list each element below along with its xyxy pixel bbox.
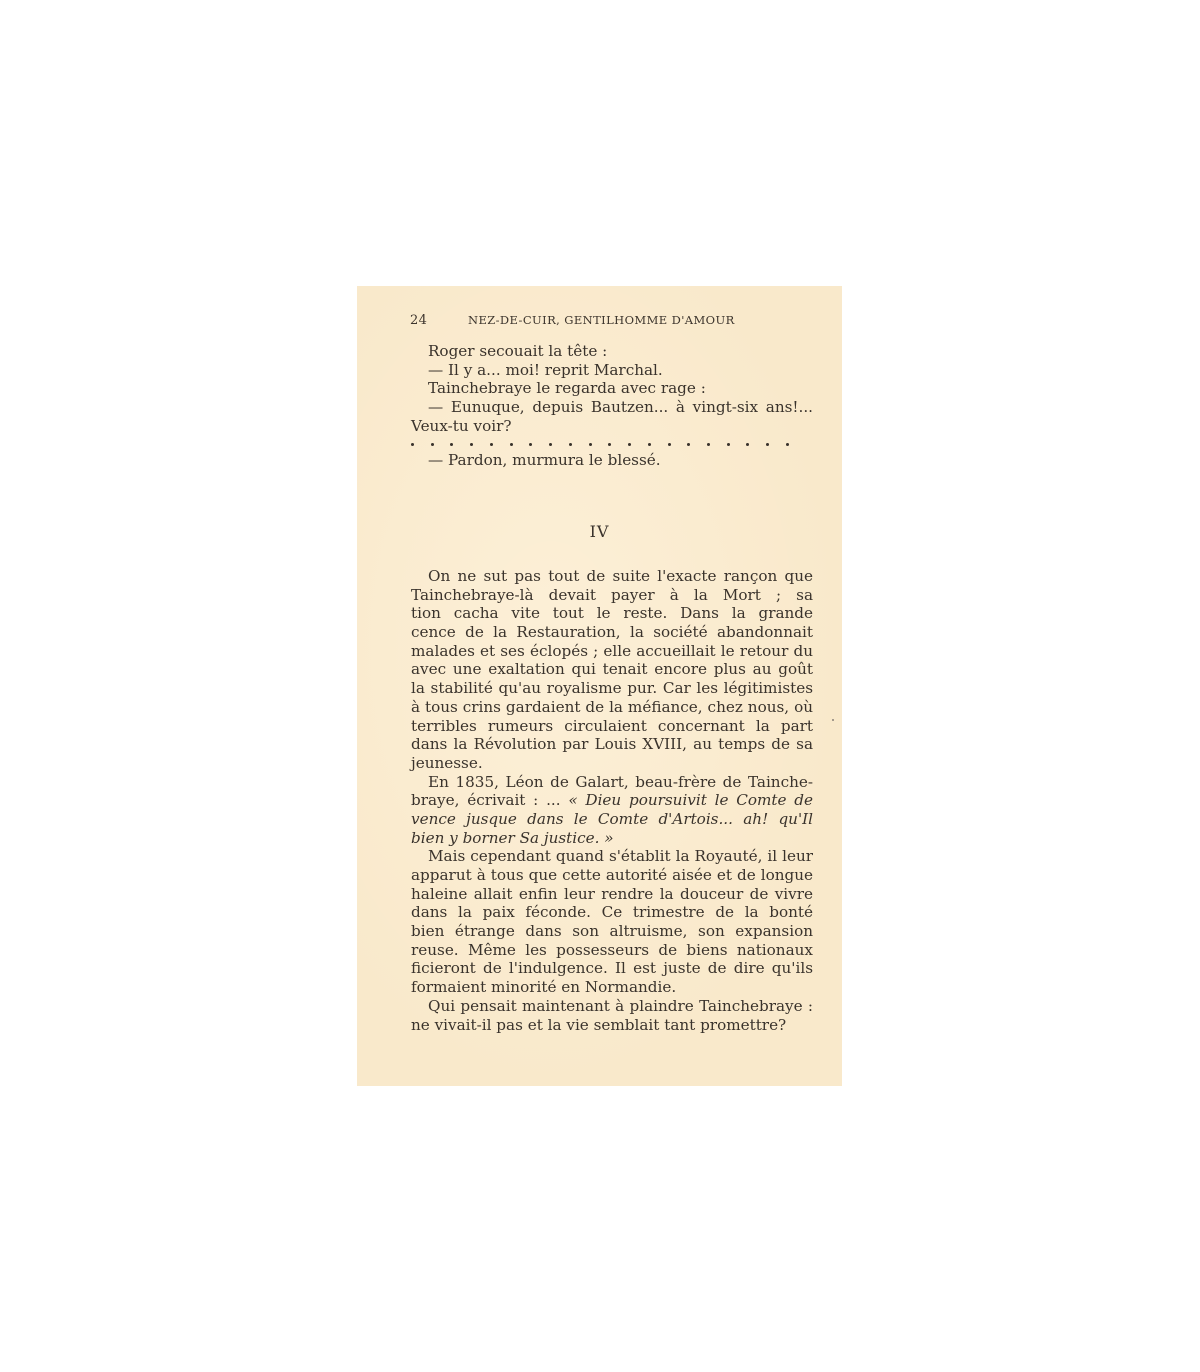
paragraph-2: En 1835, Léon de Galart, beau-frère de T…: [411, 773, 813, 848]
chapter-body: On ne sut pas tout de suite l'exacte ran…: [411, 567, 813, 1034]
running-head: 24NEZ-DE-CUIR, GENTILHOMME D'AMOUR: [410, 313, 810, 328]
paragraph-line: ficieront de l'indulgence. Il est juste …: [411, 959, 813, 978]
paragraph-line: la stabilité qu'au royalisme pur. Car le…: [411, 679, 813, 698]
paragraph-line: En 1835, Léon de Galart, beau-frère de T…: [411, 773, 813, 792]
dialogue-line: Tainchebraye le regarda avec rage :: [411, 379, 813, 398]
paragraph-line: haleine allait enfin leur rendre la douc…: [411, 885, 813, 904]
ellipsis-dots-divider: [411, 437, 813, 451]
paragraph-line: On ne sut pas tout de suite l'exacte ran…: [411, 567, 813, 586]
running-title: NEZ-DE-CUIR, GENTILHOMME D'AMOUR: [468, 313, 735, 327]
book-page: 24NEZ-DE-CUIR, GENTILHOMME D'AMOUR Roger…: [357, 286, 842, 1086]
paragraph-line: reuse. Même les possesseurs de biens nat…: [411, 941, 813, 960]
paragraph-line: braye, écrivait : ... « Dieu poursuivit …: [411, 791, 813, 810]
ellipsis-dot: [450, 443, 453, 446]
ellipsis-dot: [687, 443, 690, 446]
ellipsis-dot: [628, 443, 631, 446]
paragraph-line: apparut à tous que cette autorité aisée …: [411, 866, 813, 885]
dialogue-line: — Pardon, murmura le blessé.: [411, 451, 813, 470]
quote-line: bien y borner Sa justice. »: [411, 829, 813, 848]
paragraph-line: ne vivait-il pas et la vie semblait tant…: [411, 1016, 813, 1035]
paragraph-line: malades et ses éclopés ; elle accueillai…: [411, 642, 813, 661]
paragraph-line: terribles rumeurs circulaient concernant…: [411, 717, 813, 736]
paragraph-line: dans la Révolution par Louis XVIII, au t…: [411, 735, 813, 754]
dialogue-line: Veux-tu voir?: [411, 417, 813, 436]
paragraph-line: formaient minorité en Normandie.: [411, 978, 813, 997]
ellipsis-dot: [648, 443, 651, 446]
paragraph-line: cence de la Restauration, la société aba…: [411, 623, 813, 642]
dialogue-block: Roger secouait la tête : — Il y a... moi…: [411, 342, 813, 470]
ellipsis-dot: [411, 443, 414, 446]
paragraph-line: tion cacha vite tout le reste. Dans la g…: [411, 604, 813, 623]
dialogue-line: — Eunuque, depuis Bautzen... à vingt-six…: [411, 398, 813, 417]
paragraph-4: Qui pensait maintenant à plaindre Tainch…: [411, 997, 813, 1034]
paragraph-1: On ne sut pas tout de suite l'exacte ran…: [411, 567, 813, 773]
dialogue-line: Roger secouait la tête :: [411, 342, 813, 361]
ellipsis-dot: [668, 443, 671, 446]
ellipsis-dot: [786, 443, 789, 446]
paragraph-line: Tainchebraye-là devait payer à la Mort ;…: [411, 586, 813, 605]
quote-line: vence jusque dans le Comte d'Artois... a…: [411, 810, 813, 829]
paragraph-line: dans la paix féconde. Ce trimestre de la…: [411, 903, 813, 922]
ellipsis-dot: [510, 443, 513, 446]
ellipsis-dot: [490, 443, 493, 446]
ellipsis-dot: [589, 443, 592, 446]
ellipsis-dot: [766, 443, 769, 446]
page-number: 24: [410, 313, 468, 328]
ellipsis-dot: [707, 443, 710, 446]
paragraph-line: bien étrange dans son altruisme, son exp…: [411, 922, 813, 941]
ellipsis-dot: [549, 443, 552, 446]
ellipsis-dot: [529, 443, 532, 446]
ellipsis-dot: [746, 443, 749, 446]
ellipsis-dot: [727, 443, 730, 446]
ellipsis-dot: [431, 443, 434, 446]
ellipsis-dot: [569, 443, 572, 446]
paragraph-line: à tous crins gardaient de la méfiance, c…: [411, 698, 813, 717]
paragraph-3: Mais cependant quand s'établit la Royaut…: [411, 847, 813, 997]
ellipsis-dot: [608, 443, 611, 446]
paragraph-line: avec une exaltation qui tenait encore pl…: [411, 660, 813, 679]
paragraph-line: Qui pensait maintenant à plaindre Tainch…: [411, 997, 813, 1016]
paper-speck: [832, 719, 834, 721]
chapter-heading: IV: [357, 522, 842, 541]
dialogue-line: — Il y a... moi! reprit Marchal.: [411, 361, 813, 380]
paragraph-line: jeunesse.: [411, 754, 813, 773]
paragraph-line: Mais cependant quand s'établit la Royaut…: [411, 847, 813, 866]
ellipsis-dot: [470, 443, 473, 446]
